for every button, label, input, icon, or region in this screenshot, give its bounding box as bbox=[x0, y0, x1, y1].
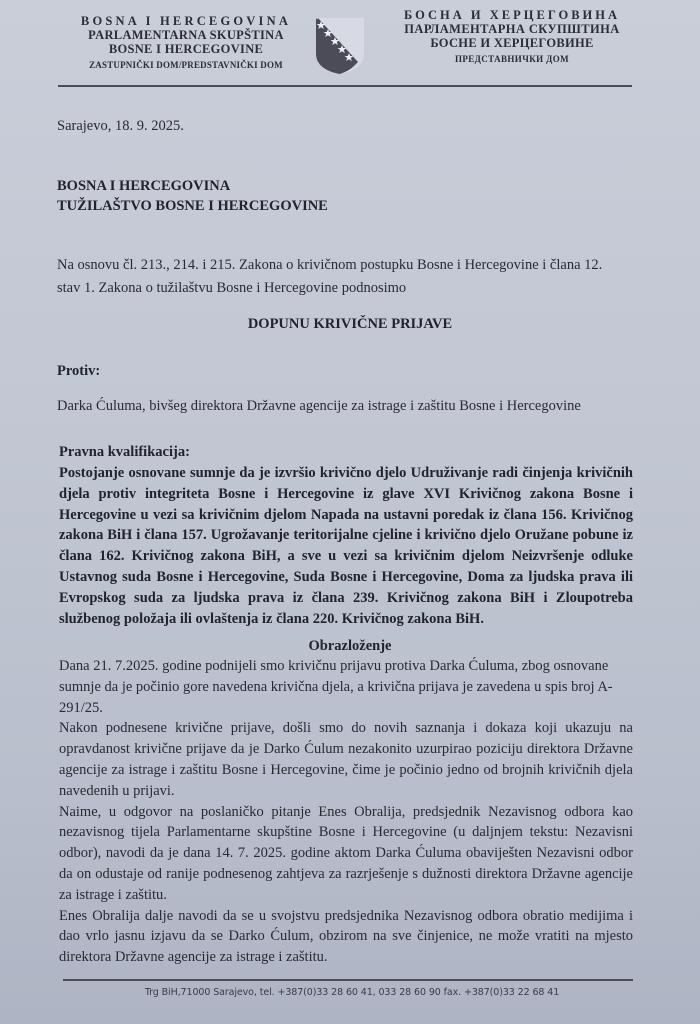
reasoning-paragraph: Nakon podnesene krivične prijave, došli … bbox=[59, 718, 633, 801]
reasoning-paragraph: Naime, u odgovor na poslaničko pitanje E… bbox=[59, 802, 633, 906]
footer-contact: Trg BiH,71000 Sarajevo, tel. +387(0)33 2… bbox=[0, 987, 700, 998]
addressee: BOSNA I HERCEGOVINA TUŽILAŠTVO BOSNE I H… bbox=[57, 176, 328, 216]
against-label: Protiv: bbox=[57, 363, 100, 380]
reasoning-paragraph: Enes Obralija dalje navodi da se u svojs… bbox=[59, 906, 633, 968]
coat-of-arms-bih-icon bbox=[312, 14, 368, 76]
letterhead-cyrillic-line4: ПРЕДСТАВНИЧКИ ДОМ bbox=[384, 52, 640, 66]
letterhead-cyrillic: БОСНА И ХЕРЦЕГОВИНА ПАРЛАМЕНТАРНА СКУПШТ… bbox=[384, 8, 640, 66]
against-text: Darka Ćuluma, bivšeg direktora Državne a… bbox=[57, 398, 677, 415]
addressee-line1: BOSNA I HERCEGOVINA bbox=[57, 176, 328, 196]
letterhead-latin-line3: BOSNE I HERCEGOVINE bbox=[62, 42, 310, 56]
legal-qualification-text: Postojanje osnovane sumnje da je izvršio… bbox=[59, 463, 633, 629]
document-title: DOPUNU KRIVIČNE PRIJAVE bbox=[0, 316, 700, 333]
intro-paragraph: Na osnovu čl. 213., 214. i 215. Zakona o… bbox=[57, 254, 657, 300]
document-page: BOSNA I HERCEGOVINA PARLAMENTARNA SKUPŠT… bbox=[0, 0, 700, 1024]
addressee-line2: TUŽILAŠTVO BOSNE I HERCEGOVINE bbox=[57, 196, 328, 216]
footer-divider bbox=[63, 979, 633, 981]
letterhead-latin: BOSNA I HERCEGOVINA PARLAMENTARNA SKUPŠT… bbox=[62, 14, 310, 72]
letterhead-cyrillic-line1: БОСНА И ХЕРЦЕГОВИНА bbox=[384, 8, 640, 22]
reasoning-paragraph: Dana 21. 7.2025. godine podnijeli smo kr… bbox=[59, 656, 633, 718]
letterhead-cyrillic-line2: ПАРЛАМЕНТАРНА СКУПШТИНА bbox=[384, 22, 640, 36]
reasoning-title: Obrazloženje bbox=[0, 638, 700, 655]
reasoning-body: Dana 21. 7.2025. godine podnijeli smo kr… bbox=[59, 656, 633, 968]
legal-qualification-label: Pravna kvalifikacija: bbox=[59, 444, 190, 461]
letterhead-latin-line2: PARLAMENTARNA SKUPŠTINA bbox=[62, 28, 310, 42]
intro-line2: stav 1. Zakona o tužilaštvu Bosne i Herc… bbox=[57, 277, 657, 300]
document-date: Sarajevo, 18. 9. 2025. bbox=[57, 118, 184, 135]
letterhead-latin-line1: BOSNA I HERCEGOVINA bbox=[62, 14, 310, 28]
letterhead-cyrillic-line3: БОСНЕ И ХЕРЦЕГОВИНЕ bbox=[384, 36, 640, 50]
intro-line1: Na osnovu čl. 213., 214. i 215. Zakona o… bbox=[57, 254, 657, 277]
letterhead-divider bbox=[58, 85, 632, 87]
letterhead-latin-line4: ZASTUPNIČKI DOM/PREDSTAVNIČKI DOM bbox=[62, 58, 310, 72]
